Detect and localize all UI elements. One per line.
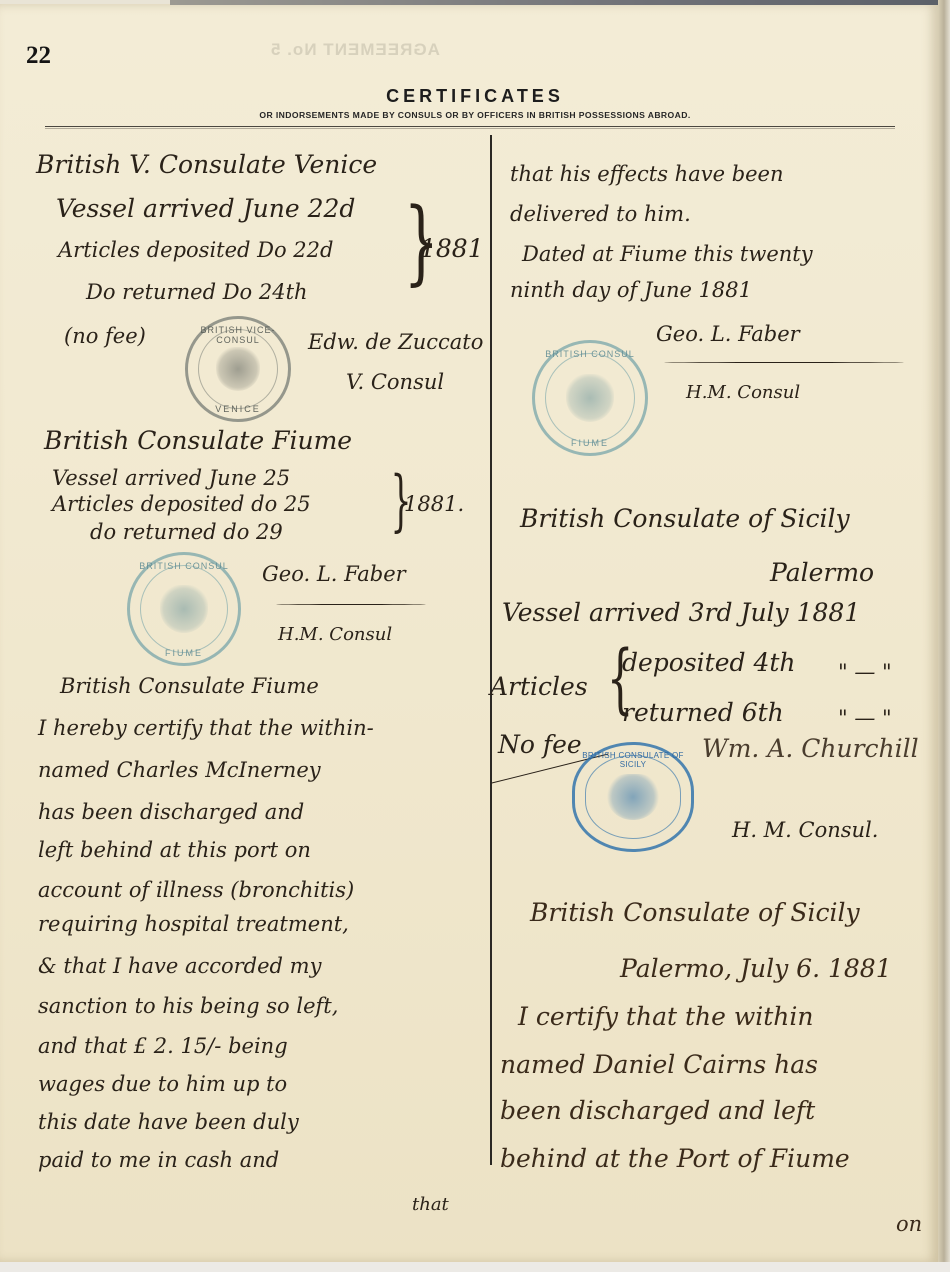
signature-flourish <box>664 362 904 363</box>
bleed-through-text: AGREEMENT No. 5 <box>270 40 440 60</box>
signature: Edw. de Zuccato <box>308 332 483 353</box>
stamp-bottom-text: FIUME <box>130 648 238 658</box>
entry-line: I hereby certify that the within- <box>38 718 374 739</box>
entry-line: behind at the Port of Fiume <box>500 1146 850 1171</box>
stamp-top-text: BRITISH CONSULATE OF SICILY <box>575 751 691 769</box>
signature: Geo. L. Faber <box>656 324 800 345</box>
entry-line: that his effects have been <box>510 164 784 185</box>
stamp-british-consul-fiume: BRITISH CONSUL FIUME <box>532 340 648 456</box>
header-rule-secondary <box>45 128 895 129</box>
entry-line: sanction to his being so left, <box>38 996 338 1017</box>
entry-line: delivered to him. <box>510 204 691 225</box>
entry-heading: British Consulate Fiume <box>44 428 352 453</box>
page-title: CERTIFICATES <box>0 86 950 107</box>
ditto-marks: " — " <box>838 662 892 683</box>
entry-line: named Charles McInerney <box>38 760 321 781</box>
entry-line: paid to me in cash and <box>38 1150 279 1171</box>
entry-line: I certify that the within <box>518 1004 814 1029</box>
entry-line: this date have been duly <box>38 1112 299 1133</box>
signature: Geo. L. Faber <box>262 564 406 585</box>
signature-title: H.M. Consul <box>278 626 392 644</box>
entry-line: requiring hospital treatment, <box>38 914 349 935</box>
entry-line: been discharged and left <box>500 1098 815 1123</box>
entry-line: Articles deposited do 25 <box>52 494 311 515</box>
signature-title: V. Consul <box>346 372 444 393</box>
stamp-bottom-text: FIUME <box>535 438 645 448</box>
entry-location: Palermo <box>770 560 874 585</box>
articles-returned: returned 6th <box>622 700 784 725</box>
signature-title: H. M. Consul. <box>732 820 878 841</box>
entry-line: ninth day of June 1881 <box>510 280 752 301</box>
ditto-marks: " — " <box>838 708 892 729</box>
articles-deposited: deposited 4th <box>622 650 796 675</box>
stamp-inner-ring <box>545 353 635 443</box>
signature-flourish <box>276 604 426 605</box>
entry-heading: British Consulate of Sicily <box>520 506 850 531</box>
fee-note: No fee <box>498 732 582 757</box>
page-bottom-edge <box>0 1262 950 1272</box>
entry-line: left behind at this port on <box>38 840 311 861</box>
signature: Wm. A. Churchill <box>702 736 919 761</box>
articles-label: Articles <box>490 674 588 699</box>
stamp-top-text: BRITISH VICE-CONSUL <box>188 325 288 345</box>
page-number: 22 <box>26 42 51 70</box>
signature-title: H.M. Consul <box>686 384 800 402</box>
page-fold-edge <box>938 0 950 1272</box>
entry-line: named Daniel Cairns has <box>500 1052 818 1077</box>
entry-line: account of illness (bronchitis) <box>38 880 354 901</box>
header-rule <box>45 126 895 127</box>
entry-line: wages due to him up to <box>38 1074 287 1095</box>
entry-line: Vessel arrived 3rd July 1881 <box>502 600 860 625</box>
stamp-british-consulate-of-sicily: BRITISH CONSULATE OF SICILY <box>572 742 694 852</box>
fee-note: (no fee) <box>64 326 146 347</box>
catchword: on <box>896 1214 922 1235</box>
stamp-top-text: BRITISH CONSUL <box>535 349 645 359</box>
entry-date: Palermo, July 6. 1881 <box>620 956 892 981</box>
entry-heading: British V. Consulate Venice <box>36 152 377 177</box>
entry-year: 1881 <box>420 236 484 261</box>
stamp-british-consul-fiume: BRITISH CONSUL FIUME <box>127 552 241 666</box>
stamp-top-text: BRITISH CONSUL <box>130 561 238 571</box>
entry-line: Vessel arrived June 25 <box>52 468 290 489</box>
entry-year: 1881. <box>404 494 464 515</box>
entry-line: Do returned Do 24th <box>86 282 308 303</box>
entry-line: Articles deposited Do 22d <box>58 240 333 261</box>
entry-line: has been discharged and <box>38 802 304 823</box>
page-top-edge <box>170 0 950 5</box>
stamp-british-vice-consul-venice: BRITISH VICE-CONSUL VENICE <box>185 316 291 422</box>
column-divider <box>490 135 492 1165</box>
entry-line: Dated at Fiume this twenty <box>522 244 813 265</box>
stamp-bottom-text: VENICE <box>188 404 288 414</box>
page-subtitle: OR INDORSEMENTS MADE BY CONSULS OR BY OF… <box>0 110 950 120</box>
stamp-inner-ring <box>140 565 228 653</box>
entry-heading: British Consulate Fiume <box>60 676 319 697</box>
catchword: that <box>412 1196 449 1214</box>
entry-line: Vessel arrived June 22d <box>56 196 355 221</box>
entry-line: do returned do 29 <box>90 522 283 543</box>
entry-heading: British Consulate of Sicily <box>530 900 860 925</box>
entry-line: and that £ 2. 15/- being <box>38 1036 288 1057</box>
entry-line: & that I have accorded my <box>38 956 321 977</box>
